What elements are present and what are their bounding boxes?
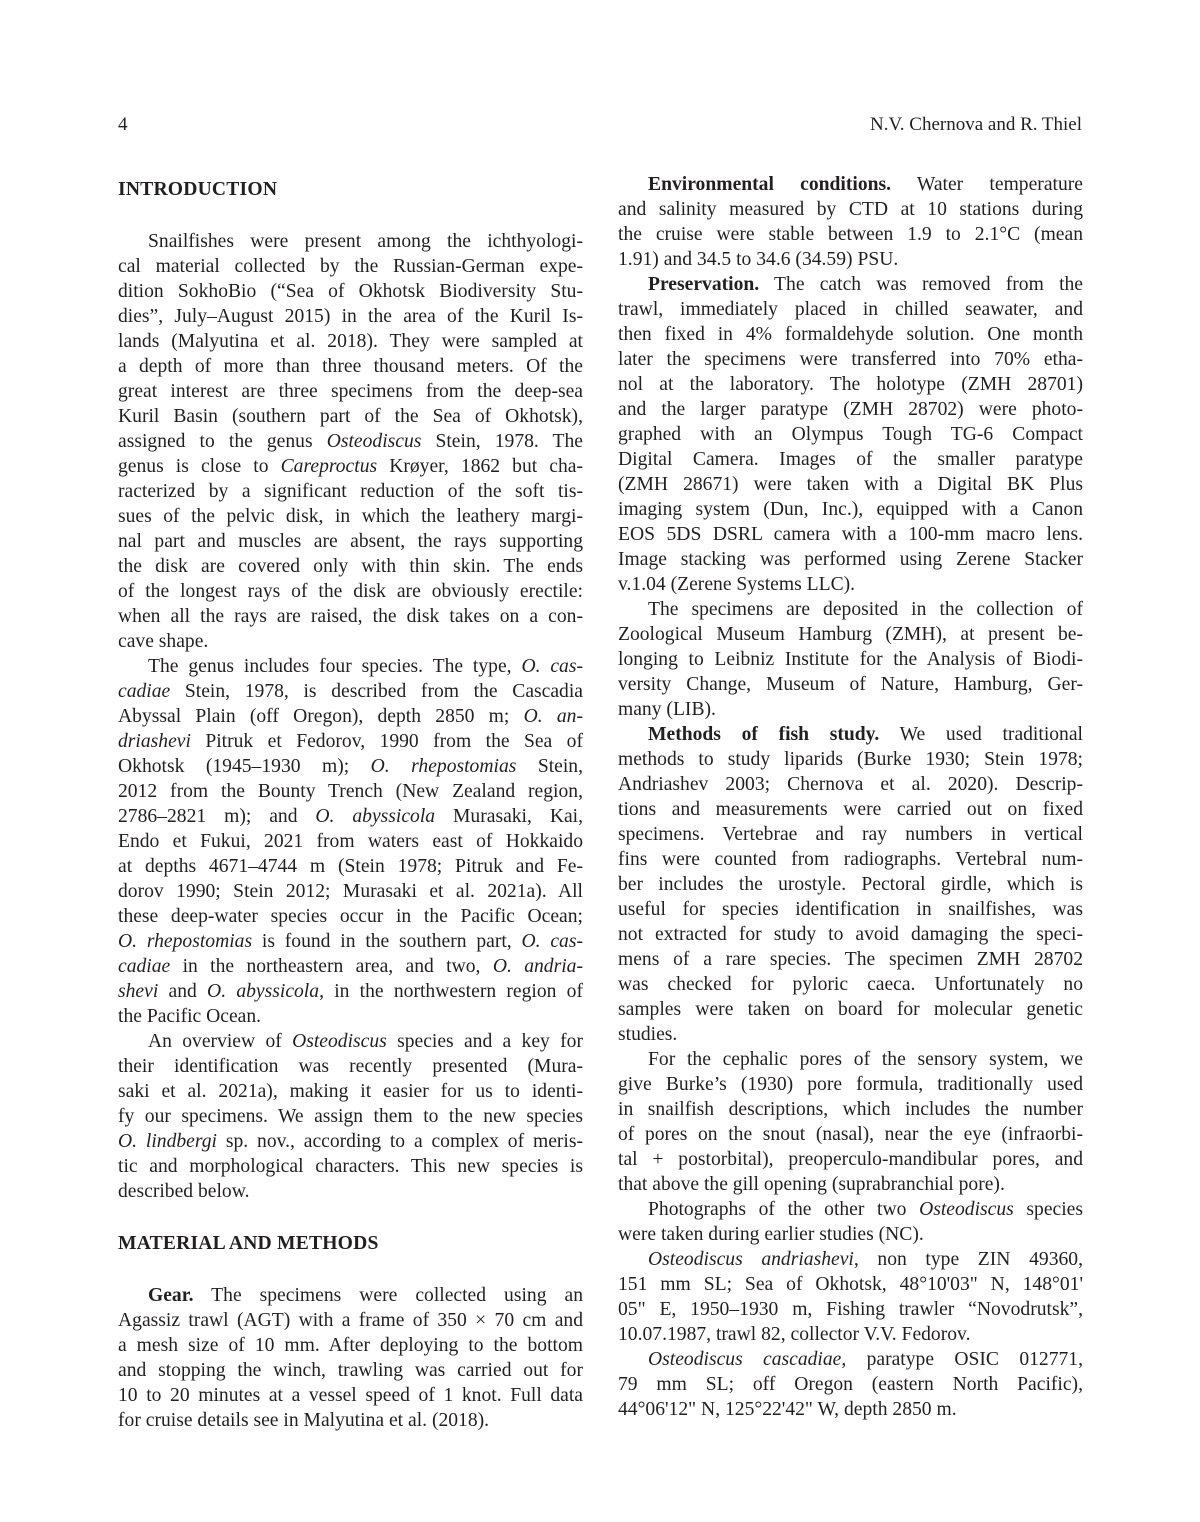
run-in-heading: Preservation. <box>648 274 759 295</box>
run-in-heading: Methods of fish study. <box>648 724 879 745</box>
species-name: Osteodiscus andriashevi <box>648 1249 854 1270</box>
run-in-heading: Environmental conditions. <box>648 174 891 195</box>
right-column: Environmental conditions. Water temperat… <box>618 172 1083 1422</box>
paragraph-gear: Gear. The specimens were collected using… <box>118 1283 583 1433</box>
paragraph-intro-3: An overview of Osteodiscus species and a… <box>118 1029 583 1204</box>
running-head-authors: N.V. Chernova and R. Thiel <box>870 114 1082 136</box>
paragraph-cephalic-pores: For the cephalic pores of the sensory sy… <box>618 1047 1083 1197</box>
genus-name: Careproctus <box>281 456 378 477</box>
paragraph-andriashevi-material: Osteodiscus andriashevi, non type ZIN 49… <box>618 1247 1083 1347</box>
paragraph-deposit: The specimens are deposited in the colle… <box>618 597 1083 722</box>
section-heading-introduction: INTRODUCTION <box>118 177 583 202</box>
run-in-heading: Gear. <box>148 1285 194 1306</box>
paragraph-preservation: Preservation. The catch was removed from… <box>618 272 1083 597</box>
paragraph-methods-fish-study: Methods of fish study. We used tradition… <box>618 722 1083 1047</box>
genus-name: Osteodiscus <box>327 431 422 452</box>
species-name: Osteodiscus cascadiae <box>648 1349 841 1370</box>
page-number: 4 <box>118 114 128 136</box>
running-header: 4 N.V. Chernova and R. Thiel <box>118 114 1082 138</box>
left-column: INTRODUCTION Snailfishes were present am… <box>118 172 583 1433</box>
paragraph-photographs: Photographs of the other two Osteodiscus… <box>618 1197 1083 1247</box>
paragraph-environmental-conditions: Environmental conditions. Water temperat… <box>618 172 1083 272</box>
paragraph-intro-1: Snailfishes were present among the ichth… <box>118 229 583 654</box>
paragraph-cascadiae-material: Osteodiscus cascadiae, paratype OSIC 012… <box>618 1347 1083 1422</box>
paragraph-intro-2: The genus includes four species. The typ… <box>118 654 583 1029</box>
section-heading-material-methods: MATERIAL AND METHODS <box>118 1231 583 1256</box>
